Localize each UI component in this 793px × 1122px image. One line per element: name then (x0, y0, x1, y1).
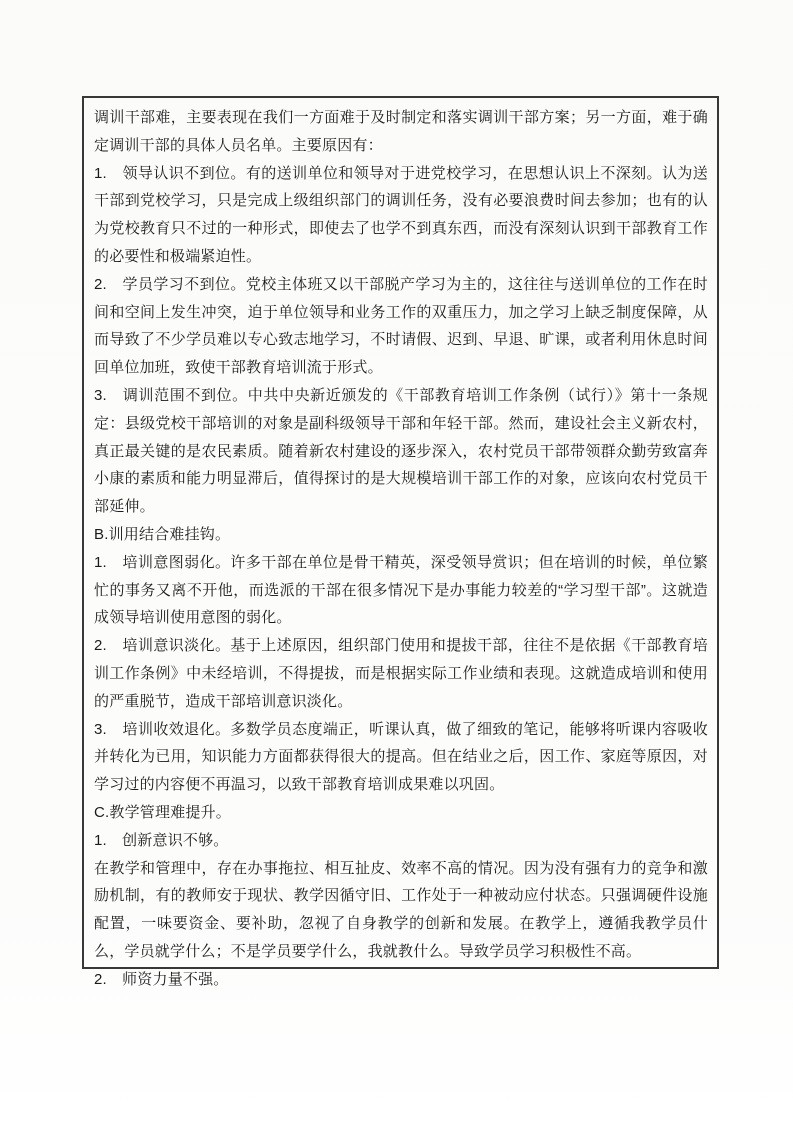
heading-section-c: C.教学管理难提升。 (94, 799, 708, 827)
paragraph-b1-intent: 1. 培训意图弱化。许多干部在单位是骨干精英，深受领导赏识；但在培训的时候，单位… (94, 549, 708, 632)
paragraph-b3-effect: 3. 培训收效退化。多数学员态度端正，听课认真，做了细致的笔记，能够将听课内容吸… (94, 716, 708, 799)
heading-c2-faculty: 2. 师资力量不强。 (94, 966, 708, 994)
scanned-document-page: 调训干部难，主要表现在我们一方面难于及时制定和落实调训干部方案；另一方面，难于确… (0, 0, 793, 1122)
paragraph-item-2-students: 2. 学员学习不到位。党校主体班又以干部脱产学习为主的，这往往与送训单位的工作在… (94, 271, 708, 382)
paragraph-intro: 调训干部难，主要表现在我们一方面难于及时制定和落实调训干部方案；另一方面，难于确… (94, 104, 708, 160)
paragraph-b2-awareness: 2. 培训意识淡化。基于上述原因，组织部门使用和提拔干部，往往不是依据《干部教育… (94, 632, 708, 715)
heading-section-b: B.训用结合难挂钩。 (94, 521, 708, 549)
heading-c1-innovation: 1. 创新意识不够。 (94, 827, 708, 855)
document-table-cell: 调训干部难，主要表现在我们一方面难于及时制定和落实调训干部方案；另一方面，难于确… (82, 96, 719, 969)
paragraph-item-3-scope: 3. 调训范围不到位。中共中央新近颁发的《干部教育培训工作条例（试行）》第十一条… (94, 382, 708, 521)
paragraph-c1-body: 在教学和管理中，存在办事拖拉、相互扯皮、效率不高的情况。因为没有强有力的竞争和激… (94, 855, 708, 966)
paragraph-item-1-leadership: 1. 领导认识不到位。有的送训单位和领导对于进党校学习，在思想认识上不深刻。认为… (94, 160, 708, 271)
